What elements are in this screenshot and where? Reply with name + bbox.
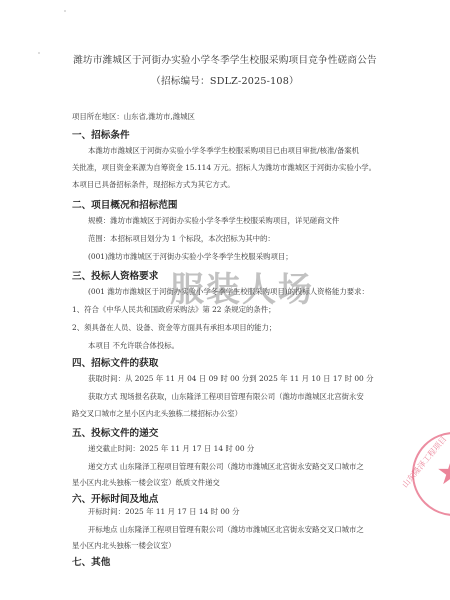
section-heading-6: 六、开标时间及地点 — [72, 491, 158, 505]
section-3-line-2: 1、符合《中华人民共和国政府采购法》第 22 条规定的条件； — [72, 305, 276, 315]
section-2-line-2: 范围：本招标项目划分为 1 个标段，本次招标为其中的： — [88, 234, 275, 244]
section-heading-7: 七、其他 — [72, 554, 110, 568]
document-page: 潍坊市潍城区于河街办实验小学冬季学生校服采购项目竞争性磋商公告 （招标编号：SD… — [0, 0, 450, 600]
section-1-line-2: 关批准，项目资金来源为自筹资金 15.114 万元。招标人为潍坊市潍城区于河街办… — [72, 163, 376, 173]
section-5-line-2: 递交方式 山东隆泽工程项目管理有限公司（潍坊市潍城区北宫街永安路交叉口城市之 — [88, 462, 364, 472]
section-2-line-3: (001)潍坊市潍城区于河街办实验小学冬季学生校服采购项目； — [88, 252, 293, 262]
scan-speck — [64, 10, 66, 12]
section-heading-2: 二、项目概况和招标范围 — [72, 197, 178, 211]
section-4-line-3: 路交叉口城市之星小区内北头独栋二楼招标办公室） — [72, 409, 242, 419]
star-icon: ★ — [436, 456, 450, 490]
section-2-line-1: 规模：潍坊市潍城区于河街办实验小学冬季学生校服采购项目，详见磋商文件 — [88, 216, 339, 226]
section-4-line-2: 获取方式 现场报名获取，山东隆泽工程项目管理有限公司（潍坊市潍城区北宫街永安 — [88, 392, 364, 402]
section-heading-3: 三、投标人资格要求 — [72, 268, 158, 282]
section-3-line-4: 本项目 不允许联合体投标。 — [88, 341, 179, 351]
section-1-line-3: 本项目已具备招标条件，现招标方式为其它方式。 — [72, 180, 235, 190]
section-heading-1: 一、招标条件 — [72, 127, 130, 141]
section-5-line-3: 星小区内北头独栋一楼会议室）纸质文件递交 — [72, 478, 220, 488]
section-5-line-1: 递交截止时间：2025 年 11 月 17 日 14 时 00 分 — [88, 444, 254, 454]
company-seal: 山东隆泽工程项目 ★ — [412, 432, 450, 516]
section-3-line-3: 2、须具备在人员、设备、资金等方面具有承担本项目的能力； — [72, 323, 276, 333]
document-title: 潍坊市潍城区于河街办实验小学冬季学生校服采购项目竞争性磋商公告 — [0, 52, 450, 66]
section-6-line-3: 星小区内北头独栋一楼会议室） — [72, 541, 175, 551]
section-heading-5: 五、投标文件的递交 — [72, 425, 158, 439]
section-1-line-1: 本潍坊市潍城区于河街办实验小学冬季学生校服采购项目已由项目审批/核准/备案机 — [88, 146, 359, 156]
project-location: 项目所在地区：山东省,潍坊市,潍城区 — [72, 112, 195, 122]
section-6-line-2: 开标地点 山东隆泽工程项目管理有限公司（潍坊市潍城区北宫街永安路交叉口城市之 — [88, 525, 364, 535]
section-4-line-1: 获取时间：从 2025 年 11 月 04 日 09 时 00 分到 2025 … — [88, 374, 373, 384]
section-heading-4: 四、招标文件的获取 — [72, 355, 158, 369]
bid-number: （招标编号：SDLZ-2025-108） — [0, 73, 450, 87]
section-6-line-1: 开标时间：2025 年 11 月 17 日 14 时 00 分 — [88, 507, 239, 517]
section-3-line-1: (001 潍坊市潍城区于河街办实验小学冬季学生校服采购项目)的投标人资格能力要求… — [88, 287, 369, 297]
